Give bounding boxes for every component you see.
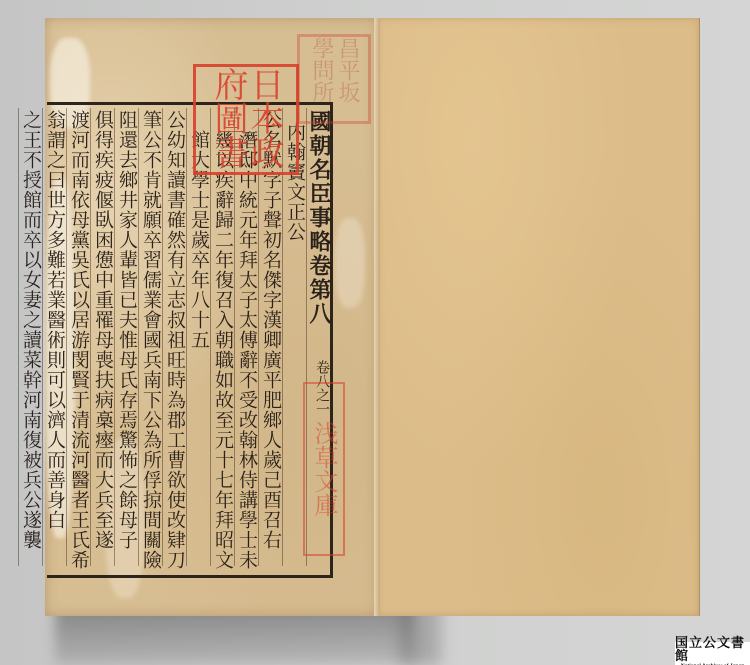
red-seal-asakusa-library: 浅草文庫 xyxy=(303,382,345,556)
text-column: 幾以疾辭歸二年復召入朝職如故至元十七年拜昭文 xyxy=(210,108,234,566)
text-column: 阻還去鄉井家人輩皆已夫惟母氏存焉驚怖之餘母子 xyxy=(114,108,138,566)
archive-watermark: 国立公文書館 National Archives of Japan xyxy=(675,642,750,665)
text-column: 公幼知讀書確然有立志叔祖旺時為郡工曹欲使改肄刀 xyxy=(162,108,186,566)
paper-wear xyxy=(335,218,365,308)
faded-seal-upper: 昌平坂學問所 xyxy=(297,34,371,124)
text-column: 翁謂之曰世方多難若業醫術則可以濟人而善身白 xyxy=(42,108,66,566)
printed-text-block: 國朝名臣事略卷第八 内翰竇文正公 公名默字子聲初名傑字漢卿廣平肥鄉人歲己酉召右 … xyxy=(50,108,330,566)
text-column: 筆公不肯就願卒習儒業會國兵南下公為所俘掠間關險 xyxy=(138,108,162,566)
text-column: 俱得疾疲偃臥困憊中重罹母喪扶病槀瘞而大兵至遂 xyxy=(90,108,114,566)
book-spine xyxy=(374,18,380,616)
text-column: 公名默字子聲初名傑字漢卿廣平肥鄉人歲己酉召右 xyxy=(258,108,282,566)
text-column: 館大學士是歲卒年八十五 xyxy=(186,108,210,566)
watermark-japanese: 国立公文書館 xyxy=(675,637,750,663)
text-column: 之王不授館而卒以女妻之讀菜幹河南復被兵公遂襲 xyxy=(18,108,42,566)
text-column: 潛邸中統元年拜太子太傅辭不受改翰林侍講學士未 xyxy=(234,108,258,566)
text-column: 渡河而南依母黨吳氏以居游閔賢于清流河醫者王氏希 xyxy=(66,108,90,566)
red-seal-japanese-government-library: 日本政府圖書 xyxy=(193,64,299,175)
right-page-blank xyxy=(377,18,700,616)
